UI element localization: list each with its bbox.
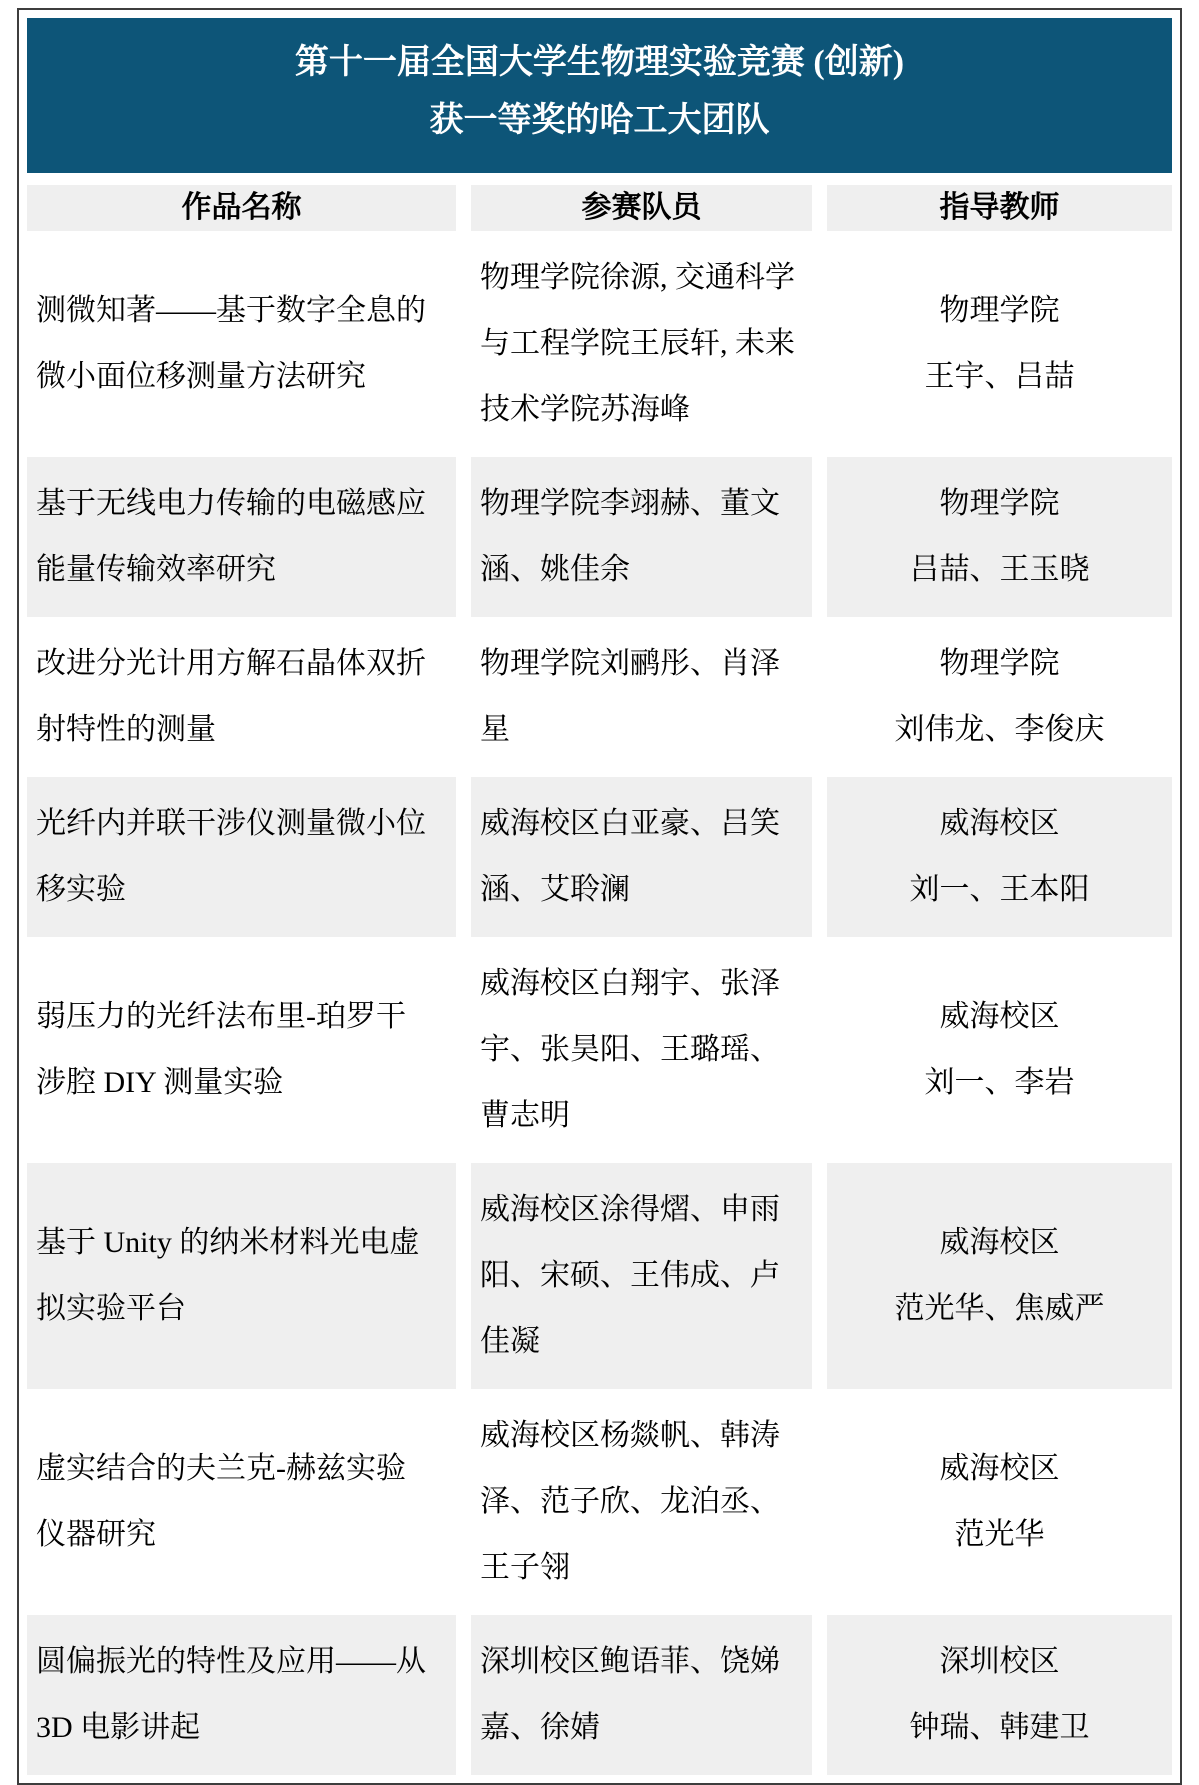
column-header-members: 参赛队员 bbox=[471, 185, 812, 231]
advisor-names: 王宇、吕喆 bbox=[831, 344, 1168, 410]
project-name: 虚实结合的夫兰克-赫兹实验仪器研究 bbox=[27, 1389, 456, 1615]
table-title-banner: 第十一届全国大学生物理实验竞赛 (创新) 获一等奖的哈工大团队 bbox=[27, 18, 1172, 173]
advisors: 威海校区 刘一、王本阳 bbox=[827, 777, 1172, 937]
advisors: 物理学院 王宇、吕喆 bbox=[827, 231, 1172, 457]
advisor-org: 威海校区 bbox=[831, 984, 1168, 1050]
advisors: 物理学院 刘伟龙、李俊庆 bbox=[827, 617, 1172, 777]
advisor-names: 刘一、李岩 bbox=[831, 1050, 1168, 1116]
advisor-org: 威海校区 bbox=[831, 1436, 1168, 1502]
advisor-org: 物理学院 bbox=[831, 631, 1168, 697]
team-members: 威海校区白亚豪、吕笑涵、艾聆澜 bbox=[471, 777, 812, 937]
advisors: 深圳校区 钟瑞、韩建卫 bbox=[827, 1615, 1172, 1775]
project-name: 弱压力的光纤法布里-珀罗干涉腔 DIY 测量实验 bbox=[27, 937, 456, 1163]
advisor-names: 吕喆、王玉晓 bbox=[831, 537, 1168, 603]
advisor-org: 物理学院 bbox=[831, 471, 1168, 537]
advisor-org: 深圳校区 bbox=[831, 1629, 1168, 1695]
project-name: 基于 Unity 的纳米材料光电虚拟实验平台 bbox=[27, 1163, 456, 1389]
advisors: 威海校区 范光华 bbox=[827, 1389, 1172, 1615]
column-header-project: 作品名称 bbox=[27, 185, 456, 231]
project-name: 测微知著——基于数字全息的微小面位移测量方法研究 bbox=[27, 231, 456, 457]
advisors: 威海校区 刘一、李岩 bbox=[827, 937, 1172, 1163]
team-members: 物理学院徐源, 交通科学与工程学院王辰轩, 未来技术学院苏海峰 bbox=[471, 231, 812, 457]
advisor-names: 范光华、焦威严 bbox=[831, 1276, 1168, 1342]
team-members: 威海校区涂得熠、申雨阳、宋硕、王伟成、卢佳凝 bbox=[471, 1163, 812, 1389]
advisors: 物理学院 吕喆、王玉晓 bbox=[827, 457, 1172, 617]
project-name: 基于无线电力传输的电磁感应能量传输效率研究 bbox=[27, 457, 456, 617]
advisor-names: 刘伟龙、李俊庆 bbox=[831, 697, 1168, 763]
advisor-org: 威海校区 bbox=[831, 1210, 1168, 1276]
table-grid: 作品名称 参赛队员 指导教师 测微知著——基于数字全息的微小面位移测量方法研究 … bbox=[27, 185, 1172, 1775]
project-name: 改进分光计用方解石晶体双折射特性的测量 bbox=[27, 617, 456, 777]
title-line-1: 第十一届全国大学生物理实验竞赛 (创新) bbox=[27, 34, 1172, 92]
column-header-advisor: 指导教师 bbox=[827, 185, 1172, 231]
award-table: 第十一届全国大学生物理实验竞赛 (创新) 获一等奖的哈工大团队 作品名称 参赛队… bbox=[17, 8, 1182, 1785]
team-members: 威海校区白翔宇、张泽宇、张昊阳、王璐瑶、曹志明 bbox=[471, 937, 812, 1163]
advisor-org: 威海校区 bbox=[831, 791, 1168, 857]
advisors: 威海校区 范光华、焦威严 bbox=[827, 1163, 1172, 1389]
advisor-org: 物理学院 bbox=[831, 278, 1168, 344]
project-name: 光纤内并联干涉仪测量微小位移实验 bbox=[27, 777, 456, 937]
team-members: 威海校区杨燚帆、韩涛泽、范子欣、龙泊丞、王子翎 bbox=[471, 1389, 812, 1615]
project-name: 圆偏振光的特性及应用——从 3D 电影讲起 bbox=[27, 1615, 456, 1775]
team-members: 物理学院刘鹂彤、肖泽星 bbox=[471, 617, 812, 777]
advisor-names: 范光华 bbox=[831, 1502, 1168, 1568]
team-members: 物理学院李翊赫、董文涵、姚佳余 bbox=[471, 457, 812, 617]
title-line-2: 获一等奖的哈工大团队 bbox=[27, 92, 1172, 150]
page: 第十一届全国大学生物理实验竞赛 (创新) 获一等奖的哈工大团队 作品名称 参赛队… bbox=[0, 0, 1199, 1765]
team-members: 深圳校区鲍语菲、饶娣嘉、徐婧 bbox=[471, 1615, 812, 1775]
advisor-names: 钟瑞、韩建卫 bbox=[831, 1695, 1168, 1761]
advisor-names: 刘一、王本阳 bbox=[831, 857, 1168, 923]
